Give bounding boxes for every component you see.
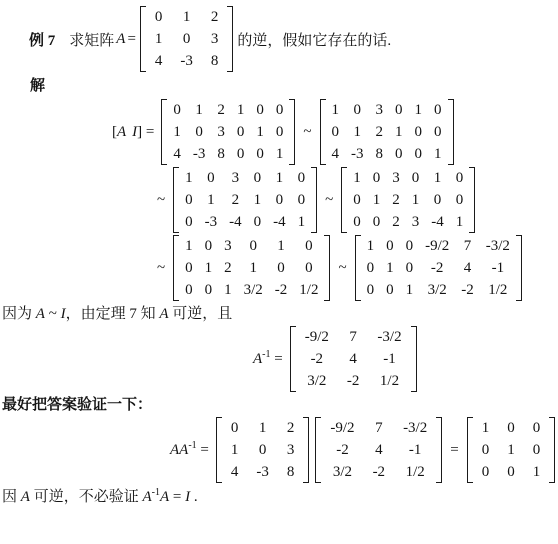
matrix-cell: 1/2 (394, 461, 436, 483)
matrix-cell: 0 (428, 121, 448, 143)
matrix-cell: 0 (498, 417, 524, 439)
matrix-cell: -2 (419, 257, 455, 279)
var-A: A (117, 124, 126, 140)
matrix-cell: 1 (428, 143, 448, 165)
matrix-cell: 1/2 (368, 370, 410, 392)
var-A: A (142, 489, 151, 505)
matrix-cell: 3 (370, 99, 390, 121)
matrix-cell: 0 (428, 99, 448, 121)
matrix-cell: 0 (293, 257, 324, 279)
matrix-body: 100-9/27-3/2010-24-10013/2-21/2 (361, 235, 516, 301)
var-A: A (160, 489, 169, 505)
matrix-cell: 7 (455, 235, 480, 257)
equals-sign: = (200, 442, 208, 458)
matrix-cell: 1 (167, 121, 187, 143)
matrix-cell: 0 (389, 99, 409, 121)
matrix-cell: -4 (425, 211, 450, 233)
matrix-cell: 1 (367, 189, 387, 211)
text: 因 (2, 489, 21, 505)
matrix-cell: 2 (386, 211, 406, 233)
matrix-cell: -2 (321, 439, 363, 461)
matrix-cell: 0 (248, 211, 268, 233)
matrix-cell: -2 (269, 279, 294, 301)
because-statement: 因为 A ~ I，由定理 7 知 A 可逆，且 (2, 304, 558, 324)
matrix-cell: 0 (345, 99, 370, 121)
matrix-cell: 8 (370, 143, 390, 165)
matrix-cell: -2 (338, 370, 369, 392)
equals-text: = (169, 489, 185, 505)
matrix-cell: -3 (345, 143, 370, 165)
matrix-body: 100010001 (473, 417, 550, 483)
matrix-cell: 0 (187, 121, 212, 143)
matrix-cell: 4 (167, 143, 187, 165)
var-A: A (159, 306, 168, 322)
problem-prefix: 求矩阵 (69, 29, 114, 50)
bracket-right (289, 99, 295, 165)
matrix-cell: -1 (368, 348, 410, 370)
matrix-body: 1030100121000-3-40-41 (179, 167, 311, 233)
matrix-cell: 0 (250, 143, 270, 165)
matrix-grid: 1030100121004-38001 (326, 99, 448, 165)
matrix-cell: 0 (199, 167, 224, 189)
matrix-grid: 0121034-38 (222, 417, 304, 483)
matrix-grid: 0121001030104-38001 (167, 99, 289, 165)
matrix-cell: 1 (406, 189, 426, 211)
matrix-cell: 4 (455, 257, 480, 279)
bracket-right (227, 6, 233, 72)
matrix-cell: 1 (400, 279, 420, 301)
matrix-cell: 1 (473, 417, 499, 439)
row-equivalence-tilde: ~ (338, 260, 346, 277)
matrix-cell: 1 (248, 189, 268, 211)
matrix-cell: 0 (270, 99, 290, 121)
matrix-cell: -9/2 (321, 417, 363, 439)
matrix-cell: -9/2 (296, 326, 338, 348)
matrix-cell: 1/2 (480, 279, 516, 301)
matrix-cell: 1 (361, 235, 381, 257)
bracket-right (411, 326, 417, 392)
matrix-cell: 0 (167, 99, 187, 121)
matrix-cell: 4 (364, 439, 395, 461)
matrix-cell: 0 (270, 121, 290, 143)
matrix-cell: 0 (409, 121, 429, 143)
matrix-cell: 1 (199, 189, 224, 211)
matrix-cell: 4 (326, 143, 346, 165)
matrix-cell: 1 (171, 6, 202, 28)
bracket-right (324, 235, 330, 301)
bracket-right (549, 417, 555, 483)
matrix-cell: 0 (250, 99, 270, 121)
matrix-cell: 0 (179, 257, 199, 279)
matrix-cell: 1 (380, 257, 400, 279)
matrix-cell: 0 (425, 189, 450, 211)
matrix-cell: 1 (222, 439, 248, 461)
matrix-cell: 0 (450, 167, 470, 189)
matrix-step5: 100-9/27-3/2010-24-10013/2-21/2 (355, 235, 522, 301)
equals-sign: = (274, 351, 282, 367)
matrix-cell: 2 (223, 189, 248, 211)
exponent: -1 (188, 440, 196, 451)
matrix-cell: 1 (326, 99, 346, 121)
matrix-cell: 7 (338, 326, 369, 348)
bracket-right (469, 167, 475, 233)
matrix-cell: -3/2 (480, 235, 516, 257)
matrix-cell: 0 (524, 417, 550, 439)
matrix-A: 0121034-38 (216, 417, 310, 483)
matrix-grid: 100-9/27-3/2010-24-10013/2-21/2 (361, 235, 516, 301)
matrix-cell: 3 (278, 439, 304, 461)
matrix-cell: 0 (524, 439, 550, 461)
matrix-cell: 0 (409, 143, 429, 165)
matrix-cell: 0 (238, 235, 269, 257)
matrix-cell: 0 (179, 211, 199, 233)
matrix-cell: 1 (250, 121, 270, 143)
bracket-right (516, 235, 522, 301)
matrix-body: -9/27-3/2-24-13/2-21/2 (321, 417, 436, 483)
matrix-cell: 0 (498, 461, 524, 483)
matrix-augmented: 0121001030104-38001 (161, 99, 295, 165)
equals-sign: = (127, 31, 135, 48)
matrix-body: 0121034-38 (222, 417, 304, 483)
equals-sign: = (146, 124, 154, 140)
matrix-body: 1030100121004-38001 (326, 99, 448, 165)
matrix-cell: 1 (347, 167, 367, 189)
matrix-A-inverse: -9/27-3/2-24-13/2-21/2 (315, 417, 442, 483)
matrix-cell: -2 (296, 348, 338, 370)
matrix-cell: 1 (270, 143, 290, 165)
matrix-cell: 3/2 (296, 370, 338, 392)
matrix-identity: 100010001 (467, 417, 556, 483)
problem-statement: 例 7 求矩阵 A = 0121034-38 的逆，假如它存在的话. (28, 6, 558, 72)
matrix-cell: 1 (267, 167, 292, 189)
matrix-cell: 0 (146, 6, 172, 28)
matrix-A: 0121034-38 (140, 6, 234, 72)
matrix-cell: 0 (361, 279, 381, 301)
matrix-body: 1030100121000023-41 (347, 167, 469, 233)
matrix-cell: 0 (199, 235, 219, 257)
matrix-cell: 0 (473, 439, 499, 461)
text: 可逆，且 (169, 306, 233, 322)
rowreduce-line-3: ~ 1030100121000013/2-21/2 ~ 100-9/27-3/2… (152, 235, 558, 301)
matrix-cell: 0 (292, 167, 312, 189)
matrix-cell: 1 (238, 257, 269, 279)
matrix-cell: 2 (211, 99, 231, 121)
matrix-cell: 3/2 (238, 279, 269, 301)
matrix-grid: 100010001 (473, 417, 550, 483)
matrix-cell: 0 (367, 211, 387, 233)
ainv-label: A-1 = (253, 351, 283, 368)
matrix-cell: 2 (202, 6, 228, 28)
matrix-cell: 1 (218, 279, 238, 301)
matrix-cell: 3 (386, 167, 406, 189)
matrix-grid: 1030100121000013/2-21/2 (179, 235, 324, 301)
matrix-cell: 0 (406, 167, 426, 189)
var-A: A (116, 31, 125, 48)
matrix-cell: 2 (370, 121, 390, 143)
matrix-cell: 1 (231, 99, 251, 121)
matrix-cell: -3/2 (368, 326, 410, 348)
matrix-cell: 3/2 (321, 461, 363, 483)
matrix-cell: 0 (222, 417, 248, 439)
matrix-cell: 0 (231, 121, 251, 143)
matrix-grid: -9/27-3/2-24-13/2-21/2 (321, 417, 436, 483)
rowreduce-line-1: [AI] = 0121001030104-38001 ~ 10301001210… (112, 99, 558, 165)
matrix-cell: 0 (380, 279, 400, 301)
matrix-cell: 3 (218, 235, 238, 257)
matrix-cell: 2 (278, 417, 304, 439)
bracket-right (311, 167, 317, 233)
matrix-cell: 8 (202, 50, 228, 72)
tilde-text: ~ (45, 306, 61, 322)
row-equivalence-tilde: ~ (303, 124, 311, 141)
text: 因为 (2, 306, 36, 322)
verification-equation: AA-1 = 0121034-38 -9/27-3/2-24-13/2-21/2… (170, 417, 558, 483)
matrix-cell: -3/2 (394, 417, 436, 439)
matrix-cell: 0 (450, 189, 470, 211)
matrix-cell: 1/2 (293, 279, 324, 301)
matrix-cell: 0 (293, 235, 324, 257)
matrix-cell: -3 (199, 211, 224, 233)
matrix-cell: -9/2 (419, 235, 455, 257)
matrix-body: 0121001030104-38001 (167, 99, 289, 165)
rbracket: ] (137, 124, 142, 140)
matrix-cell: 1 (389, 121, 409, 143)
aainv-label: AA-1 = (170, 442, 209, 459)
matrix-grid: 0121034-38 (146, 6, 228, 72)
matrix-cell: 1 (179, 235, 199, 257)
matrix-cell: -3 (247, 461, 278, 483)
matrix-cell: 0 (247, 439, 278, 461)
augmented-label: [AI] = (112, 124, 154, 141)
matrix-cell: 3 (202, 28, 228, 50)
matrix-cell: 0 (389, 143, 409, 165)
matrix-cell: 0 (347, 211, 367, 233)
matrix-step1: 1030100121004-38001 (320, 99, 454, 165)
matrix-cell: 0 (179, 279, 199, 301)
bracket-right (303, 417, 309, 483)
matrix-grid: 1030100121000023-41 (347, 167, 469, 233)
text: . (190, 489, 198, 505)
matrix-cell: 0 (269, 257, 294, 279)
matrix-cell: 0 (367, 167, 387, 189)
var-A: A (253, 351, 262, 367)
text: ，由定理 7 知 (66, 306, 160, 322)
matrix-A-inverse: -9/27-3/2-24-13/2-21/2 (290, 326, 417, 392)
matrix-cell: 4 (222, 461, 248, 483)
matrix-cell: 0 (231, 143, 251, 165)
matrix-cell: -3 (187, 143, 212, 165)
verify-statement: 最好把答案验证一下： (2, 395, 558, 415)
matrix-cell: 0 (171, 28, 202, 50)
matrix-cell: 0 (267, 189, 292, 211)
matrix-cell: -1 (394, 439, 436, 461)
bracket-right (436, 417, 442, 483)
matrix-cell: -2 (364, 461, 395, 483)
matrix-cell: 1 (498, 439, 524, 461)
inverse-result-equation: A-1 = -9/27-3/2-24-13/2-21/2 (253, 326, 558, 392)
var-A: A (36, 306, 45, 322)
matrix-cell: 0 (199, 279, 219, 301)
matrix-cell: -4 (223, 211, 248, 233)
matrix-cell: 1 (179, 167, 199, 189)
matrix-cell: 1 (269, 235, 294, 257)
matrix-cell: 1 (146, 28, 172, 50)
matrix-cell: -2 (455, 279, 480, 301)
bracket-right (448, 99, 454, 165)
matrix-cell: 3 (211, 121, 231, 143)
rowreduce-line-2: ~ 1030100121000-3-40-41 ~ 10301001210000… (152, 167, 558, 233)
matrix-body: -9/27-3/2-24-13/2-21/2 (296, 326, 411, 392)
matrix-cell: 3 (223, 167, 248, 189)
matrix-cell: 1 (425, 167, 450, 189)
matrix-cell: 4 (338, 348, 369, 370)
matrix-cell: 0 (347, 189, 367, 211)
row-equivalence-tilde: ~ (157, 260, 165, 277)
exponent: -1 (262, 349, 270, 360)
matrix-grid: -9/27-3/2-24-13/2-21/2 (296, 326, 411, 392)
matrix-cell: 0 (400, 257, 420, 279)
matrix-cell: 1 (345, 121, 370, 143)
matrix-cell: 4 (146, 50, 172, 72)
row-equivalence-tilde: ~ (157, 192, 165, 209)
text: 可逆，不必验证 (30, 489, 143, 505)
matrix-cell: -4 (267, 211, 292, 233)
var-A: A (21, 489, 30, 505)
matrix-cell: 0 (473, 461, 499, 483)
matrix-cell: 1 (292, 211, 312, 233)
matrix-cell: 2 (386, 189, 406, 211)
solution-label: 解 (30, 76, 558, 96)
matrix-body: 1030100121000013/2-21/2 (179, 235, 324, 301)
matrix-cell: 1 (409, 99, 429, 121)
matrix-step3: 1030100121000023-41 (341, 167, 475, 233)
matrix-cell: 0 (361, 257, 381, 279)
matrix-cell: 2 (218, 257, 238, 279)
matrix-body: 0121034-38 (146, 6, 228, 72)
example-label: 例 7 (29, 29, 55, 50)
row-equivalence-tilde: ~ (325, 192, 333, 209)
equals-sign: = (450, 442, 458, 459)
matrix-cell: 1 (187, 99, 212, 121)
matrix-cell: 1 (247, 417, 278, 439)
final-statement: 因 A 可逆，不必验证 A-1A = I . (2, 487, 558, 507)
matrix-cell: 3 (406, 211, 426, 233)
matrix-cell: 0 (326, 121, 346, 143)
var-AA: AA (170, 442, 188, 458)
matrix-cell: 8 (211, 143, 231, 165)
matrix-cell: 1 (199, 257, 219, 279)
exponent: -1 (152, 487, 160, 498)
matrix-step4: 1030100121000013/2-21/2 (173, 235, 330, 301)
matrix-grid: 1030100121000-3-40-41 (179, 167, 311, 233)
matrix-cell: 1 (524, 461, 550, 483)
matrix-cell: 0 (292, 189, 312, 211)
matrix-cell: 3/2 (419, 279, 455, 301)
matrix-step2: 1030100121000-3-40-41 (173, 167, 317, 233)
problem-suffix: 的逆，假如它存在的话. (237, 29, 391, 50)
matrix-cell: 8 (278, 461, 304, 483)
matrix-cell: 0 (380, 235, 400, 257)
matrix-cell: -1 (480, 257, 516, 279)
matrix-cell: 0 (179, 189, 199, 211)
matrix-cell: 0 (248, 167, 268, 189)
matrix-cell: -3 (171, 50, 202, 72)
matrix-cell: 0 (400, 235, 420, 257)
matrix-cell: 7 (364, 417, 395, 439)
matrix-cell: 1 (450, 211, 470, 233)
